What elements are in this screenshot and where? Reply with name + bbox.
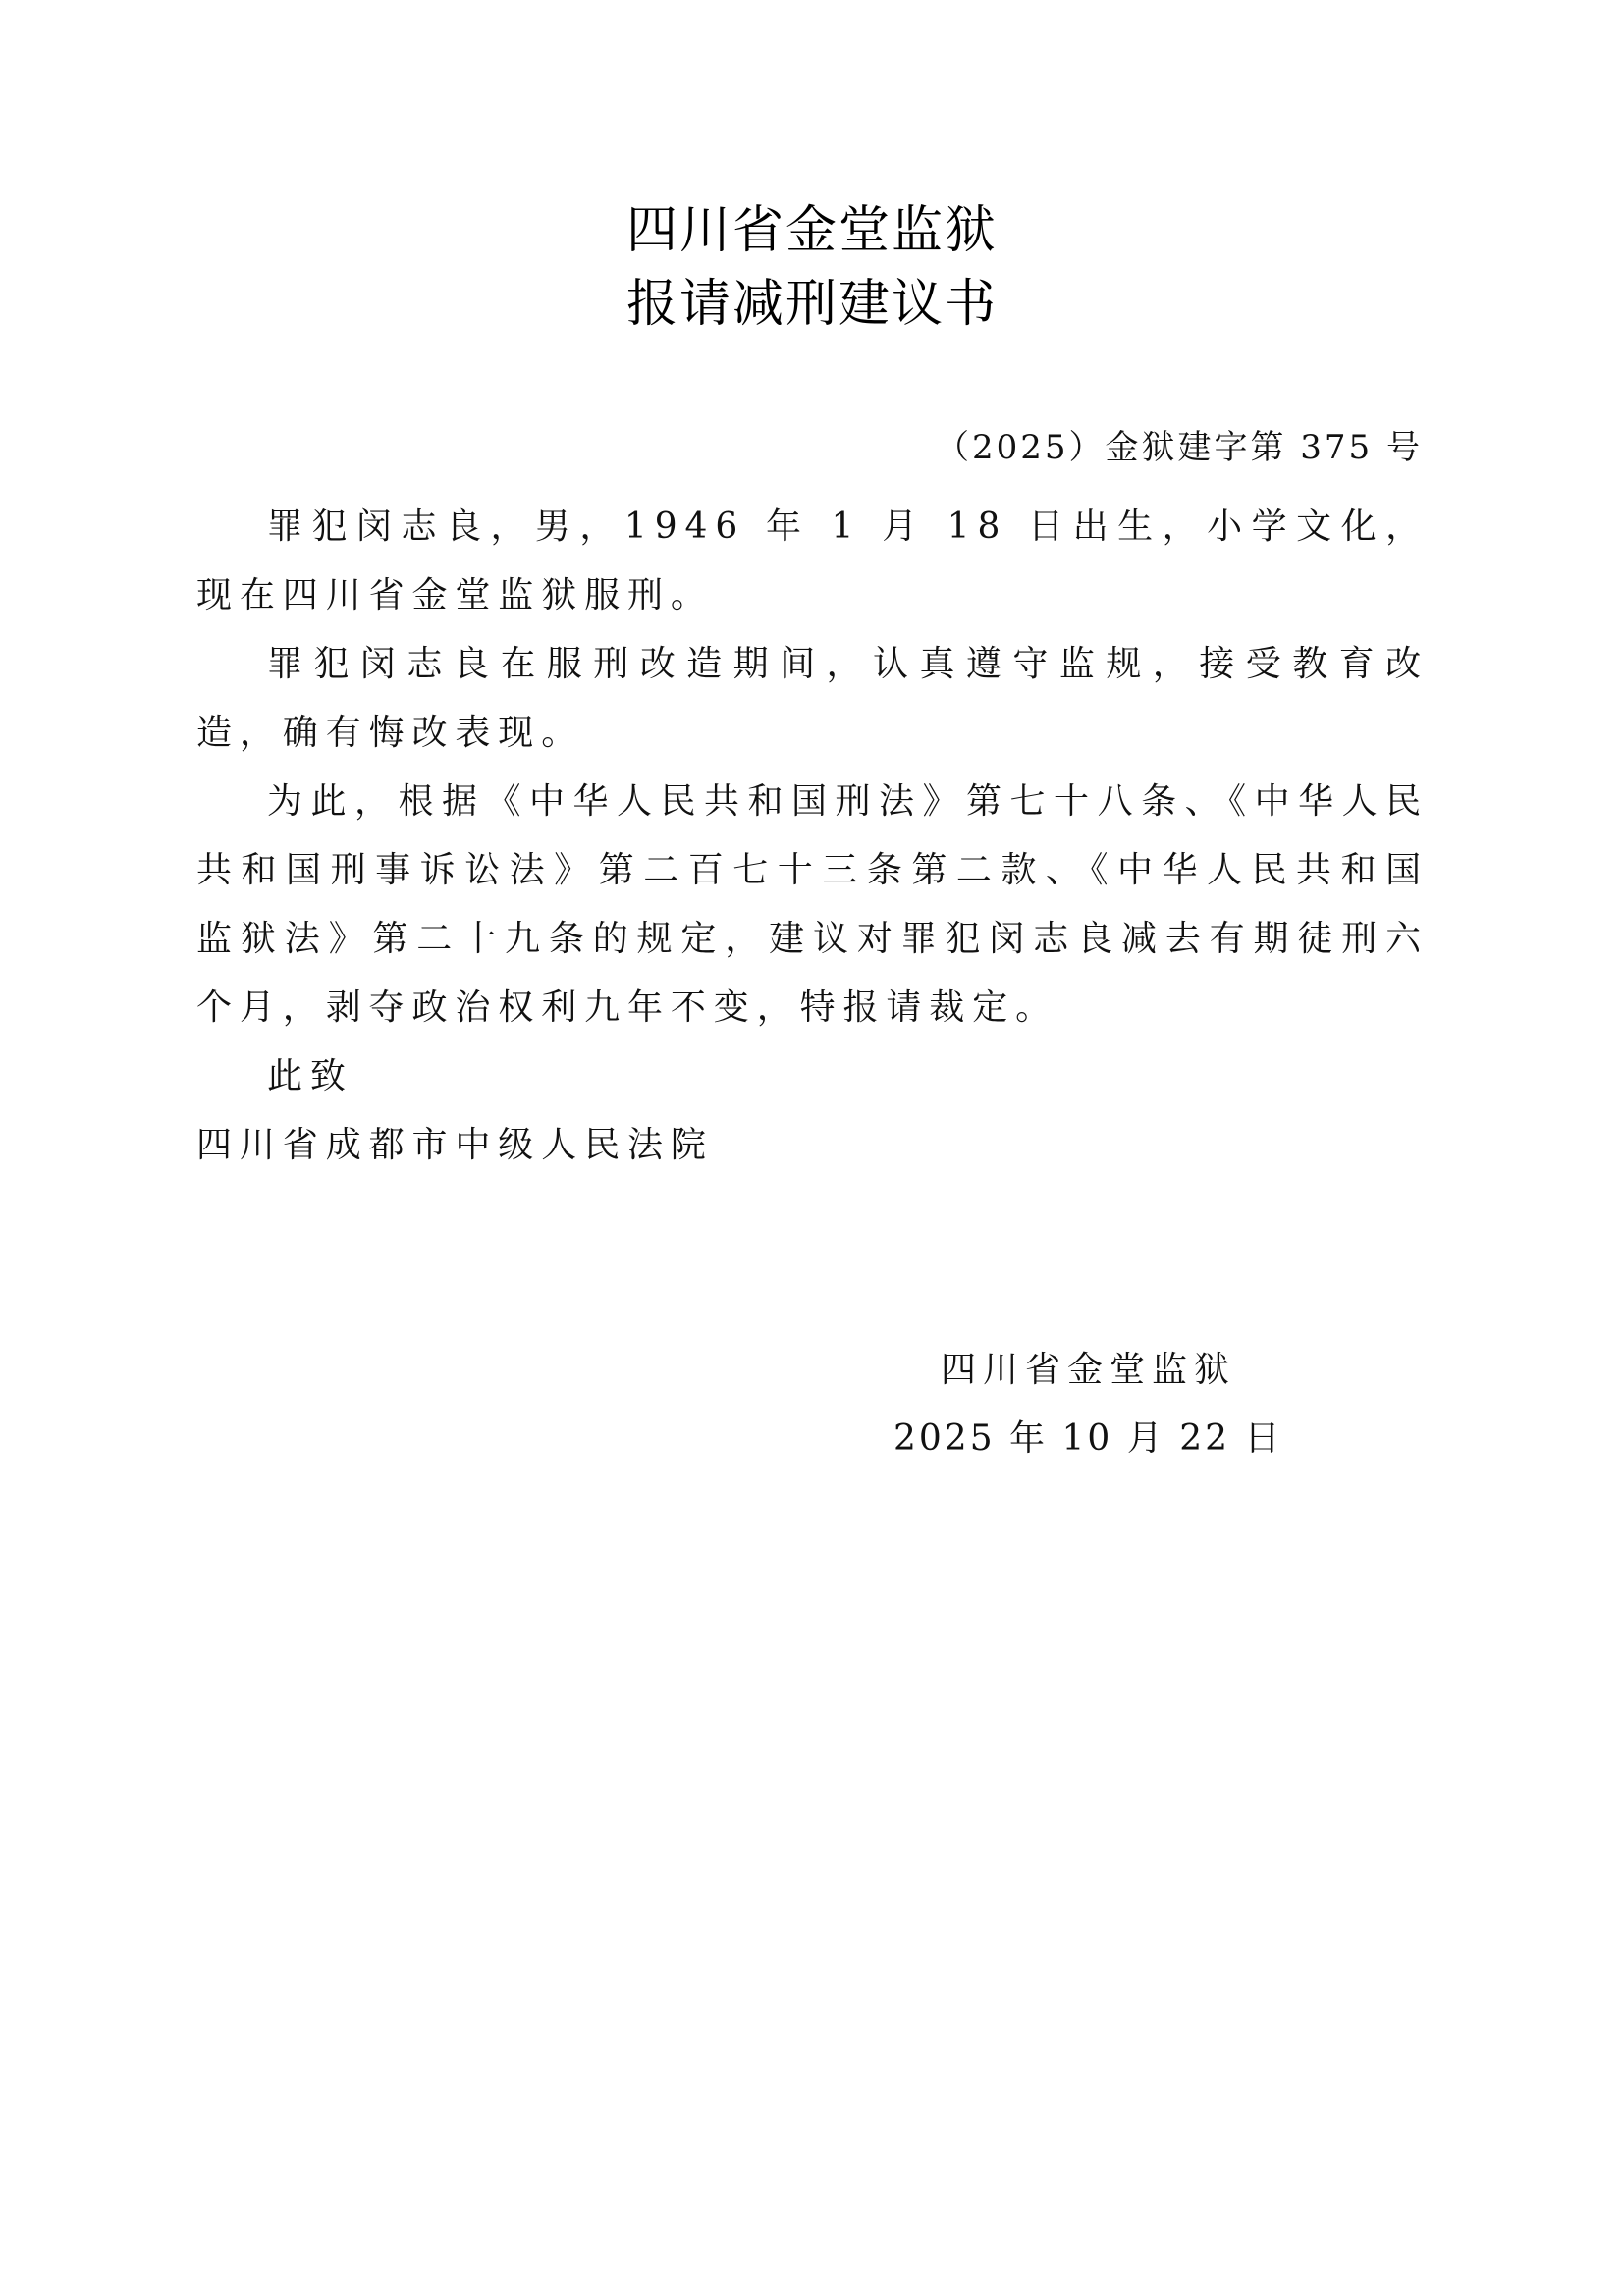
paragraph-closing: 此致 (196, 1042, 1429, 1111)
document-page: 四川省金堂监狱 报请减刑建议书 （2025）金狱建字第 375 号 罪犯闵志良，… (0, 0, 1624, 2296)
document-title-type: 报请减刑建议书 (0, 275, 1624, 334)
paragraph-text: 罪犯闵志良在服刑改造期间，认真遵守监规，接受教育改造，确有悔改表现。 (196, 630, 1429, 768)
document-title-institution: 四川省金堂监狱 (0, 201, 1624, 260)
signature-date: 2025 年 10 月 22 日 (893, 1410, 1282, 1468)
document-number: （2025）金狱建字第 375 号 (936, 426, 1423, 469)
paragraph-text: 罪犯闵志良，男，1946 年 1 月 18 日出生，小学文化，现在四川省金堂监狱… (196, 493, 1429, 630)
paragraph-text: 为此，根据《中华人民共和国刑法》第七十八条、《中华人民共和国刑事诉讼法》第二百七… (196, 768, 1429, 1042)
paragraph-conduct: 罪犯闵志良在服刑改造期间，认真遵守监规，接受教育改造，确有悔改表现。 (196, 630, 1429, 768)
paragraph-personal-info: 罪犯闵志良，男，1946 年 1 月 18 日出生，小学文化，现在四川省金堂监狱… (196, 493, 1429, 630)
addressee: 四川省成都市中级人民法院 (196, 1111, 714, 1180)
signature-organization: 四川省金堂监狱 (941, 1341, 1236, 1400)
paragraph-text: 此致 (196, 1042, 1429, 1111)
paragraph-legal-basis: 为此，根据《中华人民共和国刑法》第七十八条、《中华人民共和国刑事诉讼法》第二百七… (196, 768, 1429, 1042)
